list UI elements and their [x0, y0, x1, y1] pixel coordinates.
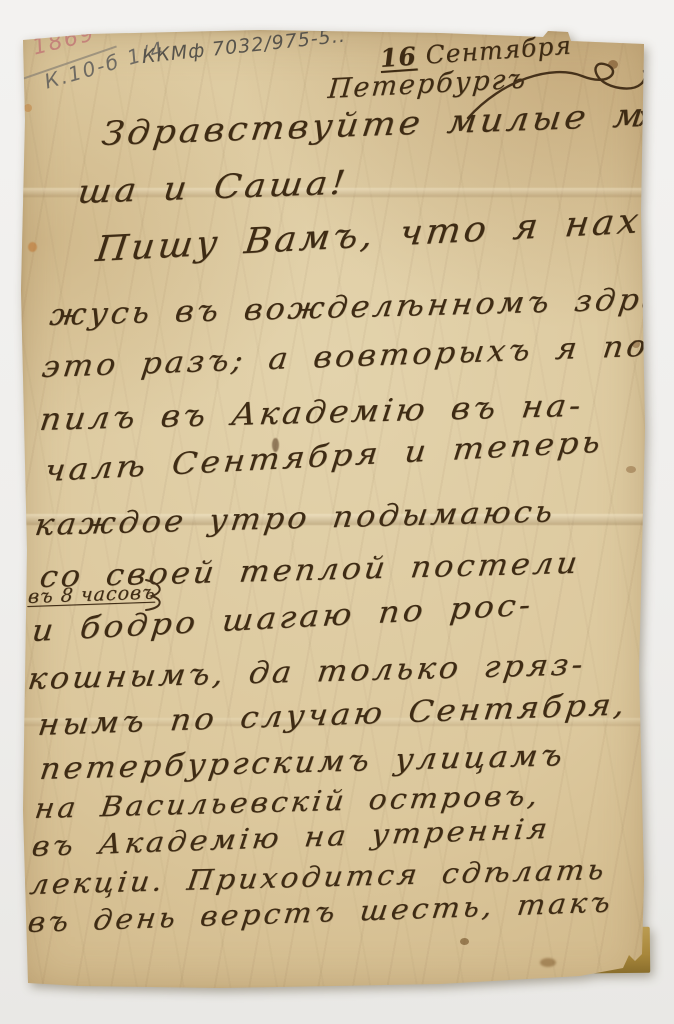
body-line: жусь въ вожделѣнномъ здравіи,	[48, 280, 648, 333]
body-line: нымъ по случаю Сентября,	[36, 687, 630, 743]
archival-fund-number: ККМф 7032/975-5..	[141, 30, 347, 68]
body-line: Пишу Вамъ, что я нахо-	[94, 199, 648, 270]
date-month: Сентября	[425, 31, 573, 70]
date-day: 16	[379, 41, 418, 72]
interlinear-insertion: въ 8 часовъ	[27, 582, 156, 609]
stain-spot	[460, 938, 469, 945]
greeting-line: ша и Саша!	[76, 162, 351, 211]
letter-sheet: 1869 К.10-б 1/4 ККМф 7032/975-5.. 16 Сен…	[20, 30, 648, 992]
body-line: это разъ; а вовторыхъ я посту-	[40, 326, 648, 385]
stain-spot	[28, 242, 37, 252]
place-line: Петербургъ	[327, 63, 529, 105]
body-line: каждое утро подымаюсь	[33, 494, 558, 543]
stain-spot	[626, 466, 636, 473]
stain-spot	[540, 958, 556, 967]
stain-spot	[608, 60, 618, 69]
letter-scan: 1869 К.10-б 1/4 ККМф 7032/975-5.. 16 Сен…	[0, 0, 674, 1024]
body-line: кошнымъ, да только гряз-	[26, 647, 588, 697]
stain-spot	[24, 104, 32, 112]
